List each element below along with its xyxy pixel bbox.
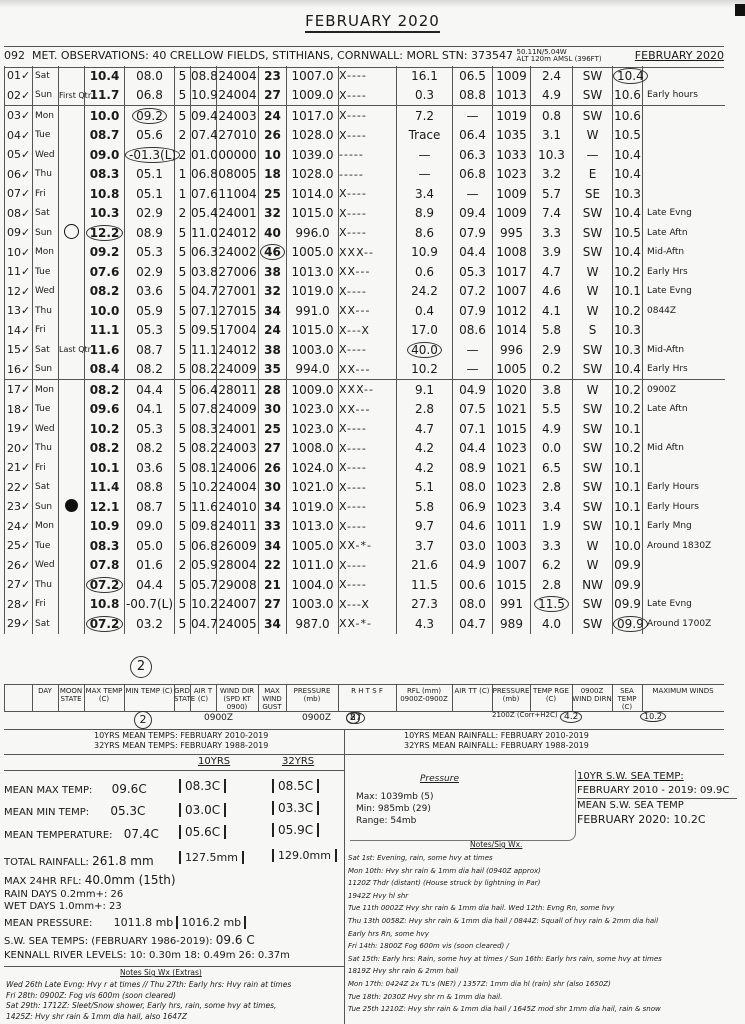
sea-temp-cell: 10.6 [613,106,643,126]
grd-state-cell: 5 [175,497,191,517]
grd-state-cell: 2 [175,204,191,224]
max-temp-cell: 10.0 [85,301,125,321]
day-cell: Wed [33,145,59,165]
wind-dir-cell: SW [573,106,613,126]
grd-state-cell: 2 [175,556,191,576]
grd-state-cell: 5 [175,243,191,263]
circled-count-max: 2 [130,656,152,678]
moon-cell [59,517,85,537]
moon-cell [59,321,85,341]
remarks-cell [643,575,725,595]
sea-temp-cell: 10.1 [613,282,643,302]
grd-state-cell: 5 [175,301,191,321]
pressure-2100-cell: 1009 [493,184,531,204]
wind-dir-cell: SW [573,223,613,243]
divider [4,966,344,967]
max-temp-cell: 07.6 [85,262,125,282]
wind-cell: 24001 [217,204,259,224]
temp-range-cell: 10.3 [531,145,573,165]
gust-cell: 30 [259,400,287,420]
rhtsf-cell: XX--- [339,360,397,380]
wind-dir-cell: SW [573,439,613,459]
temp-range-cell: 3.4 [531,497,573,517]
temp-range-cell: 11.5 [531,595,573,615]
moon-cell [59,282,85,302]
sea-temp-box: 10YR S.W. SEA TEMP: FEBRUARY 2010 - 2019… [577,770,737,827]
min-temp-cell: 08.0 [125,66,175,86]
day-cell: Sat [33,614,59,634]
table-row: 15✓SatLast Qtr11.608.7511.124012381003.0… [5,340,725,360]
min-temp-cell: 09.0 [125,517,175,537]
rainfall-cell: 7.2 [397,106,453,126]
table-row: 16✓Sun08.408.2508.22400935994.0XX---10.2… [5,360,725,380]
max-temp-cell: 10.2 [85,419,125,439]
sea-line2: FEBRUARY 2010 - 2019: 09.9C [577,784,737,799]
column-header-max: MAX TEMP (C) [84,687,124,703]
grd-state-cell: 5 [175,223,191,243]
table-row: 27✓Thu07.204.4505.729008211004.0X----11.… [5,575,725,595]
max-temp-cell: 08.4 [85,360,125,380]
note-line: Sat 29th: 1712Z: Sleet/Snow shower, Earl… [6,1001,291,1012]
pressure-cell: 1003.0 [287,340,339,360]
table-row: 12✓Wed08.203.6504.727001321019.0X----24.… [5,282,725,302]
min-temp-cell: 08.7 [125,497,175,517]
wind-cell: 08005 [217,165,259,185]
table-row: 24✓Mon10.909.0509.824011331013.0X----9.7… [5,517,725,537]
temp-range-cell: 3.8 [531,380,573,400]
min-temp-cell: 08.2 [125,360,175,380]
date-cell: 17✓ [5,380,33,400]
day-cell: Thu [33,439,59,459]
airtt-cell: 06.4 [453,126,493,146]
pressure-2100-cell: 1008 [493,243,531,263]
gust-cell: 34 [259,614,287,634]
air-temp-cell: 09.4 [191,106,217,126]
airtt-cell: — [453,106,493,126]
pressure-2100-cell: 1009 [493,204,531,224]
column-header-air: AIR T (C) [190,687,216,703]
day-cell: Sun [33,497,59,517]
pressure-2100-cell: 1021 [493,400,531,420]
table-row: 03✓Mon10.009.2509.424003241017.0X----7.2… [5,106,725,126]
circled-value: 07.2 [86,577,124,593]
gust-cell: 25 [259,184,287,204]
gust-cell: 24 [259,106,287,126]
sea-temp-cell: 10.2 [613,439,643,459]
airtt-cell: 08.9 [453,458,493,478]
pressure-2100-cell: 1007 [493,556,531,576]
rainfall-cell: 8.6 [397,223,453,243]
rhtsf-cell: X---X [339,321,397,341]
mean-max-32yr: 08.5C [272,779,319,793]
mean-temp-row: MEAN TEMPERATURE: 07.4C [4,827,159,841]
wind-dir-cell: SW [573,86,613,106]
rainfall-cell: Trace [397,126,453,146]
max-temp-cell: 11.7 [85,86,125,106]
air-temp-cell: 06.8 [191,536,217,556]
wind-cell: 27001 [217,282,259,302]
grd-state-cell: 5 [175,419,191,439]
table-row: 28✓Fri10.8-00.7(L)510.224007271003.0X---… [5,595,725,615]
max-temp-cell: 10.8 [85,595,125,615]
min-temp-cell: 03.6 [125,282,175,302]
rhtsf-cell: XXX-- [339,380,397,400]
grd-state-cell: 5 [175,575,191,595]
airtt-cell: 04.4 [453,439,493,459]
sea-temp-cell: 09.9 [613,556,643,576]
note-line: Fri 28th: 0900Z: Fog vis 600m (soon clea… [6,991,291,1002]
day-cell: Fri [33,321,59,341]
sea-temp-cell: 10.2 [613,262,643,282]
temp-range-cell: 4.7 [531,262,573,282]
moon-cell [59,301,85,321]
wind-dir-cell: SW [573,419,613,439]
pressure-2100-cell: 1020 [493,380,531,400]
remarks-cell: Late Aftn [643,223,725,243]
air-temp-cell: 05.7 [191,575,217,595]
max-temp-cell: 08.2 [85,439,125,459]
table-row: 02✓SunFirst Qtr11.706.8510.924004271009.… [5,86,725,106]
day-cell: Sat [33,478,59,498]
gust-cell: 34 [259,536,287,556]
date-cell: 05✓ [5,145,33,165]
wind-dir-cell: E [573,165,613,185]
pressure-cell: 1011.0 [287,556,339,576]
table-row: 25✓Tue08.305.0506.826009341005.0XX-*-3.7… [5,536,725,556]
date-cell: 16✓ [5,360,33,380]
table-row: 01✓Sat10.408.0508.824004231007.0X----16.… [5,66,725,86]
wind-dir-cell: W [573,301,613,321]
moon-cell [59,556,85,576]
column-header-moon: MOON STATE [58,687,84,703]
wind-dir-cell: W [573,262,613,282]
table-row: 06✓Thu08.305.1106.808005181028.0-----—06… [5,165,725,185]
altitude: ALT 120m AMSL (396FT) [517,55,602,63]
wind-dir-cell: SW [573,66,613,86]
note-line: Mon 10th: Hvy shr rain & 1mm dia hail (0… [348,865,662,878]
temp-range-cell: 4.1 [531,301,573,321]
rhtsf-cell: X---- [339,223,397,243]
max-temp-cell: 11.4 [85,478,125,498]
notes-left-title: Notes Sig Wx (Extras) [120,968,202,979]
moon-cell [59,439,85,459]
grd-state-cell: 5 [175,536,191,556]
remarks-cell: Mid-Aftn [643,243,725,263]
gust-cell: 26 [259,126,287,146]
column-header-rhtsf: R H T S F [338,687,396,695]
pressure-cell: 994.0 [287,360,339,380]
wind-cell: 24004 [217,66,259,86]
moon-cell [59,419,85,439]
min-temp-cell: 08.9 [125,223,175,243]
rainfall-cell: 3.4 [397,184,453,204]
grd-state-cell: 5 [175,321,191,341]
moon-cell [59,614,85,634]
wind-cell: 00000 [217,145,259,165]
gust-cell: 27 [259,86,287,106]
air-temp-cell: 07.6 [191,184,217,204]
wind-dir-cell: W [573,556,613,576]
rainfall-cell: 5.8 [397,497,453,517]
day-cell: Fri [33,458,59,478]
min-temp-cell: 04.4 [125,380,175,400]
remarks-cell: 0844Z [643,301,725,321]
day-cell: Thu [33,301,59,321]
pressure-2100-cell: 1017 [493,262,531,282]
temp-range-cell: 5.8 [531,321,573,341]
sea-temp-cell: 10.4 [613,165,643,185]
pressure-cell: 1007.0 [287,66,339,86]
pressure-2100-cell: 1003 [493,536,531,556]
column-header-pres: PRESSURE (mb) [286,687,338,703]
observations-table: 01✓Sat10.408.0508.824004231007.0X----16.… [4,66,725,634]
notes-right: Sat 1st: Evening, rain, some hvy at time… [348,852,662,1016]
means-temps-10: 10YRS MEAN TEMPS: FEBRUARY 2010-2019 [94,731,268,741]
sea-temp-cell: 10.4 [613,243,643,263]
temp-range-cell: 1.9 [531,517,573,537]
moon-cell: Last Qtr [59,340,85,360]
temp-range-cell: 7.4 [531,204,573,224]
pressure-cell: 1015.0 [287,204,339,224]
date-cell: 26✓ [5,556,33,576]
rhtsf-cell: X---- [339,478,397,498]
rhtsf-cell: X---- [339,204,397,224]
max-24hr-row: MAX 24HR RFL: 40.0mm (15th) [4,873,176,887]
pressure-cell: 1017.0 [287,106,339,126]
day-cell: Wed [33,419,59,439]
pressure-2100-cell: 1015 [493,419,531,439]
mean-min-32yr: 03.3C [272,801,319,815]
table-row: 22✓Sat11.408.8510.224004301021.0X----5.1… [5,478,725,498]
col-32yrs: 32YRS [282,756,314,767]
wind-cell: 28011 [217,380,259,400]
value: 09.6 C [216,933,255,947]
range-circle: 4.2 [560,711,582,723]
gust-cell: 21 [259,575,287,595]
pressure-2100-cell: 1023 [493,478,531,498]
pressure-cell: 1015.0 [287,321,339,341]
gust-cell: 34 [259,301,287,321]
grd-state-cell: 5 [175,262,191,282]
rainfall-cell: 16.1 [397,66,453,86]
table-row: 04✓Tue08.705.6207.427010261028.0X----Tra… [5,126,725,146]
date-cell: 10✓ [5,243,33,263]
pressure-cell: 1024.0 [287,458,339,478]
rainfall-cell: 21.6 [397,556,453,576]
airtt-cell: — [453,340,493,360]
table-row: 21✓Fri10.103.6508.124006261024.0X----4.2… [5,458,725,478]
station-location: 50.11N/5.04W ALT 120m AMSL (396FT) [517,49,602,63]
circled-value: 12.2 [86,225,124,241]
value: 09.6C [112,782,147,796]
moon-cell [59,575,85,595]
note-line: Fri 14th: 1800Z Fog 600m vis (soon clear… [348,940,662,953]
rainfall-cell: 27.3 [397,595,453,615]
moon-cell [59,204,85,224]
day-cell: Tue [33,536,59,556]
temp-range-cell: 4.9 [531,419,573,439]
remarks-cell: Late Evng [643,204,725,224]
gust-cell: 32 [259,204,287,224]
pressure-cell: 1005.0 [287,536,339,556]
pressure-2100-cell: 996 [493,340,531,360]
day-cell: Mon [33,243,59,263]
mean-temp-10yr: 05.6C [179,825,226,839]
rainfall-cell: 8.9 [397,204,453,224]
value: 1011.8 mb [114,916,174,929]
note-line: Mon 17th: 0424Z 2x TL's (NE?) / 1357Z: 1… [348,978,662,991]
rhtsf-cell: X---- [339,517,397,537]
pressure-cell: 1008.0 [287,439,339,459]
airtt-cell: 04.7 [453,614,493,634]
remarks-cell: Late Evng [643,282,725,302]
air-temp-cell: 11.1 [191,340,217,360]
day-cell: Thu [33,165,59,185]
wind-cell: 24010 [217,497,259,517]
max-temp-cell: 11.6 [85,340,125,360]
max-temp-cell: 07.2 [85,614,125,634]
moon-cell [59,360,85,380]
date-cell: 13✓ [5,301,33,321]
air-temp-cell: 08.2 [191,439,217,459]
moon-cell [59,66,85,86]
wind-dir-cell: S [573,321,613,341]
rhtsf-cell: XX-*- [339,614,397,634]
pressure-cell: 1013.0 [287,262,339,282]
table-row: 29✓Sat07.203.2504.72400534987.0XX-*-4.30… [5,614,725,634]
temp-range-cell: 2.8 [531,575,573,595]
airtt-cell: 07.9 [453,223,493,243]
day-cell: Wed [33,556,59,576]
pressure-cell: 1023.0 [287,400,339,420]
sea-temp-cell: 10.4 [613,204,643,224]
min-temp-cell: 05.6 [125,126,175,146]
rainfall-cell: — [397,165,453,185]
column-header-day: DAY [32,687,58,695]
wind-dir-cell: W [573,126,613,146]
day-cell: Sun [33,223,59,243]
airtt-cell: 08.0 [453,595,493,615]
min-temp-cell: -01.3(L) [125,145,175,165]
rainfall-cell: 9.1 [397,380,453,400]
note-line: Tue 18th: 2030Z Hvy shr rn & 1mm dia hai… [348,991,662,1004]
mean-pressure-row: MEAN PRESSURE: 1011.8 mb 1016.2 mb [4,916,246,929]
day-cell: Wed [33,282,59,302]
min-temp-cell: 05.1 [125,165,175,185]
column-header-strip: DAYMOON STATEMAX TEMP (C)MIN TEMP (C)GRD… [4,684,724,712]
value: 07.4C [124,827,159,841]
max-temp-cell: 08.3 [85,536,125,556]
date-cell: 09✓ [5,223,33,243]
rainfall-cell: 11.5 [397,575,453,595]
notes-left: Wed 26th Late Evng: Hvy r at times // Th… [6,980,291,1022]
pressure-range: Range: 54mb [356,816,416,826]
rainfall-cell: — [397,145,453,165]
sea-temp-cell: 10.1 [613,458,643,478]
sea-temp-cell: 10.2 [613,400,643,420]
airtt-cell: 07.2 [453,282,493,302]
wind-dir-cell: SW [573,478,613,498]
moon-cell [59,380,85,400]
pressure-2100-cell: 1007 [493,282,531,302]
grd-state-cell: 5 [175,614,191,634]
wet-days-row: WET DAYS 1.0mm+: 23 [4,901,122,912]
min-temp-cell: 09.2 [125,106,175,126]
gust-cell: 32 [259,282,287,302]
wind-cell: 24007 [217,595,259,615]
rain-days-row: RAIN DAYS 0.2mm+: 26 [4,889,123,900]
gust-cell: 38 [259,262,287,282]
wind-dir-cell: SW [573,360,613,380]
date-cell: 04✓ [5,126,33,146]
remarks-cell: Late Aftn [643,400,725,420]
wind-cell: 24004 [217,478,259,498]
airtt-cell: 04.4 [453,243,493,263]
pressure-cell: 1039.0 [287,145,339,165]
day-cell: Sun [33,360,59,380]
label: S.W. SEA TEMPS: (FEBRUARY 1986-2019): [4,936,213,947]
remarks-cell: Around 1700Z [643,614,725,634]
wind-cell: 28004 [217,556,259,576]
label: WET DAYS 1.0mm+: [4,901,106,912]
wind-cell: 24009 [217,400,259,420]
temp-range-cell: 5.5 [531,400,573,420]
max-temp-cell: 09.2 [85,243,125,263]
date-cell: 22✓ [5,478,33,498]
date-cell: 27✓ [5,575,33,595]
circled-count-bottom: 2 [134,711,152,729]
note-line: 1942Z Hvy hl shr [348,890,662,903]
airtt-2100: 2100Z (Corr+H2C) [492,711,558,719]
pressure-cell: 1009.0 [287,380,339,400]
pressure-2100-cell: 1011 [493,517,531,537]
temp-range-cell: 3.2 [531,165,573,185]
divider [4,770,344,771]
table-row: 17✓Mon08.204.4506.428011281009.0XXX--9.1… [5,380,725,400]
gust-cell: 38 [259,340,287,360]
moon-cell [59,262,85,282]
air-temp-cell: 04.7 [191,614,217,634]
pressure-cell: 1021.0 [287,478,339,498]
gust-cell: 23 [259,66,287,86]
grd-state-cell: 2 [175,126,191,146]
air-temp-time: 0900Z [204,713,233,723]
wind-dir-cell: W [573,536,613,556]
note-line: Tue 25th 1210Z: Hvy shr rain & 1mm dia h… [348,1003,662,1016]
gust-cell: 18 [259,165,287,185]
date-cell: 08✓ [5,204,33,224]
column-header-airtt: AIR TT (C) [452,687,492,695]
moon-cell [59,595,85,615]
date-cell: 03✓ [5,106,33,126]
gust-cell: 30 [259,478,287,498]
table-row: 09✓Sun12.208.9511.02401240996.0X----8.60… [5,223,725,243]
remarks-cell [643,556,725,576]
temp-range-cell: 6.2 [531,556,573,576]
sea-temp-cell: 09.9 [613,614,643,634]
grd-state-cell: 5 [175,66,191,86]
sea-temp-cell: 10.4 [613,360,643,380]
rhtsf-cell: XX-*- [339,536,397,556]
min-temp-cell: 05.3 [125,419,175,439]
date-cell: 18✓ [5,400,33,420]
date-cell: 01✓ [5,66,33,86]
column-header-rem: MAXIMUM WINDS [642,687,724,695]
max-temp-cell: 10.8 [85,184,125,204]
day-cell: Sat [33,204,59,224]
pressure-2100-cell: 1005 [493,360,531,380]
sea-circle: 10.2 [640,711,666,722]
